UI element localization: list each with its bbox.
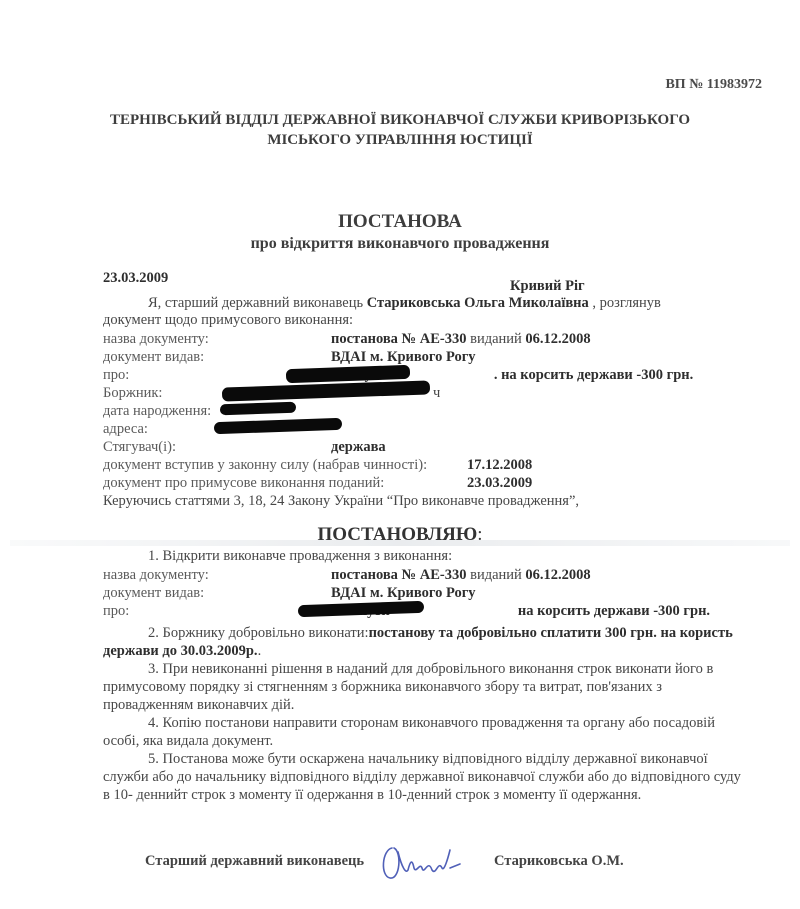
legal-basis: Керуючись статтями 3, 18, 24 Закону Укра… [103, 492, 743, 510]
decree-subtitle: про відкриття виконавчого провадження [0, 235, 800, 253]
signature-title: Старший державний виконавець [145, 853, 364, 870]
signature-icon [378, 838, 478, 884]
field-issued-by: документ видав: ВДАІ м. Кривого Рогу [103, 348, 723, 366]
field-effective-date: документ вступив у законну силу (набрав … [103, 456, 723, 474]
resolution-item-3: 3. При невиконанні рішення в наданий для… [103, 660, 743, 714]
resolution-item-5: 5. Постанова може бути оскаржена начальн… [103, 750, 743, 804]
field-claimant: Стягувач(і): держава [103, 438, 723, 456]
resolution-heading: ПОСТАНОВЛЯЮ: [0, 524, 800, 546]
intro-line1: Я, старший державний виконавець Стариков… [148, 295, 661, 312]
decree-title: ПОСТАНОВА [0, 211, 800, 233]
organization-title-line1: ТЕРНІВСЬКИЙ ВІДДІЛ ДЕРЖАВНОЇ ВИКОНАВЧОЇ … [0, 110, 800, 130]
intro-line2: документ щодо примусового виконання: [103, 312, 353, 329]
resolution-doc-name: назва документу: постанова № АЕ-330 вида… [103, 566, 723, 584]
resolution-item-2: 2. Боржнику добровільно виконати:постано… [103, 624, 743, 660]
organization-title: ТЕРНІВСЬКИЙ ВІДДІЛ ДЕРЖАВНОЇ ВИКОНАВЧОЇ … [0, 110, 800, 150]
field-submitted-date: документ про примусове виконання поданий… [103, 474, 723, 492]
signatory-name: Стариковська О.М. [494, 853, 624, 870]
document-date: 23.03.2009 [103, 270, 168, 287]
resolution-item-1: 1. Відкрити виконавче провадження з вико… [148, 548, 452, 565]
field-address: адреса: [103, 420, 723, 438]
resolution-issued-by: документ видав: ВДАІ м. Кривого Рогу [103, 584, 723, 602]
resolution-item-4: 4. Копію постанови направити сторонам ви… [103, 714, 743, 750]
case-number: ВП № 11983972 [665, 77, 762, 93]
officer-name: Стариковська Ольга Миколаївна [367, 295, 589, 311]
document-city: Кривий Ріг [510, 278, 585, 295]
field-doc-name: назва документу: постанова № АЕ-330 вида… [103, 330, 723, 348]
organization-title-line2: МІСЬКОГО УПРАВЛІННЯ ЮСТИЦІЇ [0, 130, 800, 150]
field-birth-date: дата народження: [103, 402, 723, 420]
